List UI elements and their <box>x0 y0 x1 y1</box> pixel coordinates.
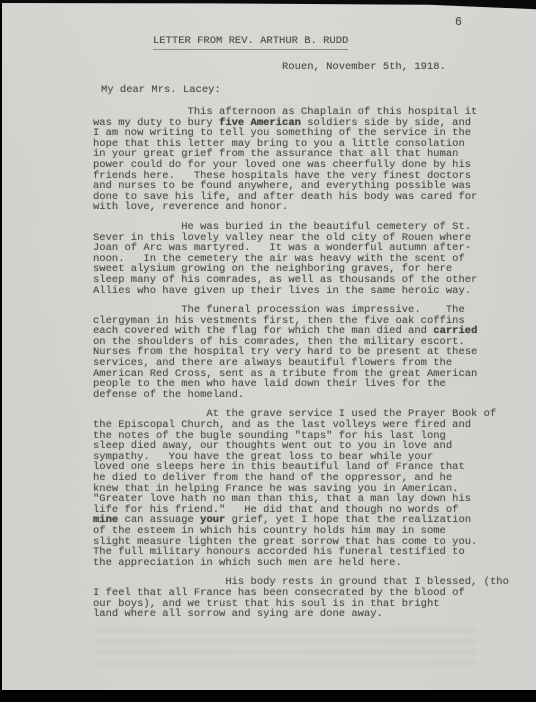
dateline: Rouen, November 5th, 1918. <box>282 61 446 73</box>
salutation: My dear Mrs. Lacey: <box>101 84 221 96</box>
letter-title: LETTER FROM REV. ARTHUR B. RUDD <box>153 35 348 50</box>
text-line: the appreciation in which such men are h… <box>93 558 509 569</box>
paragraph: This afternoon as Chaplain of this hospi… <box>93 107 509 213</box>
letter-body: This afternoon as Chaplain of this hospi… <box>93 107 509 629</box>
page-number: 6 <box>455 16 463 29</box>
text-line: power could do for your loved one was ch… <box>93 160 509 171</box>
scanned-letter-page: 6 LETTER FROM REV. ARTHUR B. RUDD Rouen,… <box>0 0 536 702</box>
text-line: I feel that all France has been consecra… <box>93 588 509 599</box>
paragraph: His body rests in ground that I blessed,… <box>93 577 509 619</box>
text-line: sleep many of his comrades, as well as t… <box>93 275 509 286</box>
text-line: of the esteem in which his country holds… <box>93 526 509 537</box>
bleed-through-smudge <box>96 628 476 672</box>
text-line: Allies who have given up their lives in … <box>93 286 509 297</box>
paragraph: The funeral procession was impressive. T… <box>93 305 509 400</box>
text-line: with love, reverence and honor. <box>93 202 509 213</box>
text-line: he died to deliver from the hand of the … <box>93 473 509 484</box>
text-line: land where all sorrow and sying are done… <box>93 609 509 620</box>
paragraph: He was buried in the beautiful cemetery … <box>93 222 509 296</box>
scan-bottom-border <box>0 690 536 702</box>
text-line: defense of the homeland. <box>93 390 509 401</box>
text-line: He was buried in the beautiful cemetery … <box>93 222 509 233</box>
paragraph: At the grave service I used the Prayer B… <box>93 409 509 568</box>
